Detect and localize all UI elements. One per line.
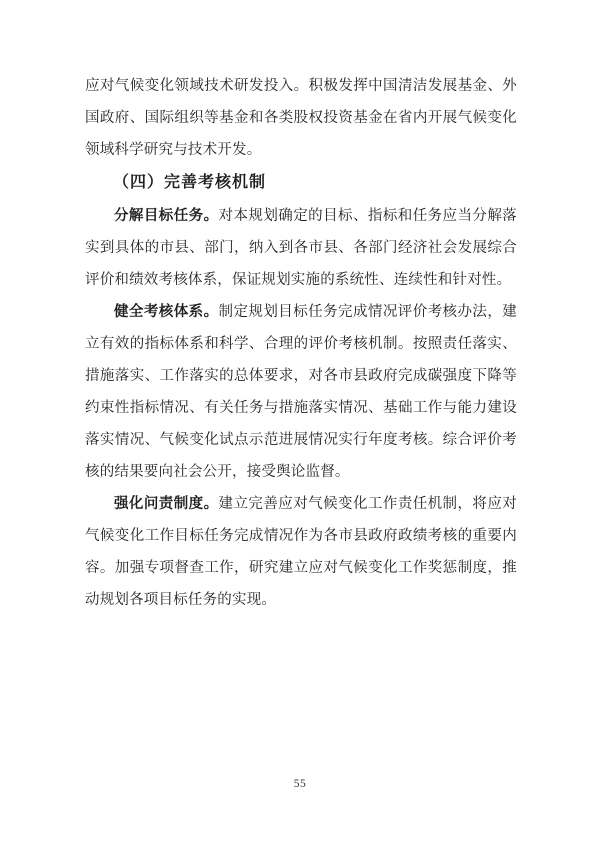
document-page: 应对气候变化领域技术研发投入。积极发挥中国清洁发展基金、外国政府、国际组织等基金…	[0, 0, 600, 848]
paragraph-lead: 分解目标任务。	[114, 208, 219, 224]
paragraph: 强化问责制度。建立完善应对气候变化工作责任机制，将应对气候变化工作目标任务完成情…	[85, 488, 517, 616]
section-heading: （四）完善考核机制	[85, 166, 517, 200]
page-content: 应对气候变化领域技术研发投入。积极发挥中国清洁发展基金、外国政府、国际组织等基金…	[85, 70, 517, 616]
paragraph-text: 应对气候变化领域技术研发投入。积极发挥中国清洁发展基金、外国政府、国际组织等基金…	[85, 78, 517, 158]
paragraph: 分解目标任务。对本规划确定的目标、指标和任务应当分解落实到具体的市县、部门，纳入…	[85, 200, 517, 296]
paragraph-continued: 应对气候变化领域技术研发投入。积极发挥中国清洁发展基金、外国政府、国际组织等基金…	[85, 70, 517, 166]
paragraph-text: 建立完善应对气候变化工作责任机制，将应对气候变化工作目标任务完成情况作为各市县政…	[85, 496, 517, 608]
paragraph-lead: 强化问责制度。	[114, 496, 219, 512]
page-number: 55	[0, 778, 600, 790]
paragraph-text: 制定规划目标任务完成情况评价考核办法，建立有效的指标体系和科学、合理的评价考核机…	[85, 304, 517, 480]
paragraph-lead: 健全考核体系。	[114, 304, 219, 320]
paragraph: 健全考核体系。制定规划目标任务完成情况评价考核办法，建立有效的指标体系和科学、合…	[85, 296, 517, 488]
